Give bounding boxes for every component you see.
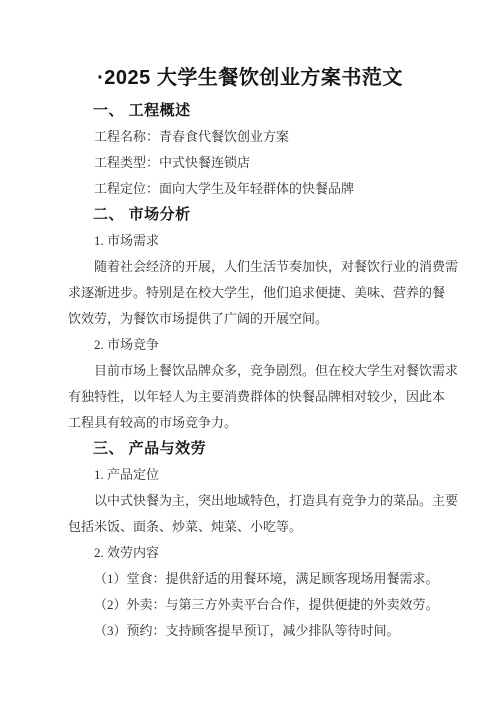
text-line: 工程类型：中式快餐连锁店 <box>68 150 438 176</box>
section-heading: 一、 工程概述 <box>68 98 438 124</box>
text-line: 目前市场上餐饮品牌众多，竞争剧烈。但在校大学生对餐饮需求 <box>68 358 438 384</box>
text-line: 有独特性，以年轻人为主要消费群体的快餐品牌相对较少，因此本 <box>68 384 438 410</box>
text-line: 以中式快餐为主，突出地域特色，打造具有竞争力的菜品。主要 <box>68 488 438 514</box>
section-heading: 三、 产品与效劳 <box>68 436 438 462</box>
text-line: （1）堂食：提供舒适的用餐环境，满足顾客现场用餐需求。 <box>68 566 438 592</box>
text-line: 2. 市场竞争 <box>68 332 438 358</box>
document-page: ·2025 大学生餐饮创业方案书范文 一、 工程概述工程名称：青春食代餐饮创业方… <box>0 0 500 707</box>
section-heading: 二、 市场分析 <box>68 202 438 228</box>
text-line: 2. 效劳内容 <box>68 540 438 566</box>
text-line: 包括米饭、面条、炒菜、炖菜、小吃等。 <box>68 514 438 540</box>
text-line: 1. 市场需求 <box>68 228 438 254</box>
text-line: （2）外卖：与第三方外卖平台合作，提供便捷的外卖效劳。 <box>68 592 438 618</box>
text-line: 求逐渐进步。特别是在校大学生，他们追求便捷、美味、营养的餐 <box>68 280 438 306</box>
text-line: （3）预约：支持顾客提早预订，减少排队等待时间。 <box>68 618 438 644</box>
text-line: 工程定位：面向大学生及年轻群体的快餐品牌 <box>68 176 438 202</box>
text-line: 工程具有较高的市场竞争力。 <box>68 410 438 436</box>
document-body: 一、 工程概述工程名称：青春食代餐饮创业方案工程类型：中式快餐连锁店工程定位：面… <box>68 98 438 644</box>
document-title: ·2025 大学生餐饮创业方案书范文 <box>0 64 500 92</box>
text-line: 1. 产品定位 <box>68 462 438 488</box>
text-line: 工程名称：青春食代餐饮创业方案 <box>68 124 438 150</box>
text-line: 随着社会经济的开展，人们生活节奏加快，对餐饮行业的消费需 <box>68 254 438 280</box>
text-line: 饮效劳，为餐饮市场提供了广阔的开展空间。 <box>68 306 438 332</box>
